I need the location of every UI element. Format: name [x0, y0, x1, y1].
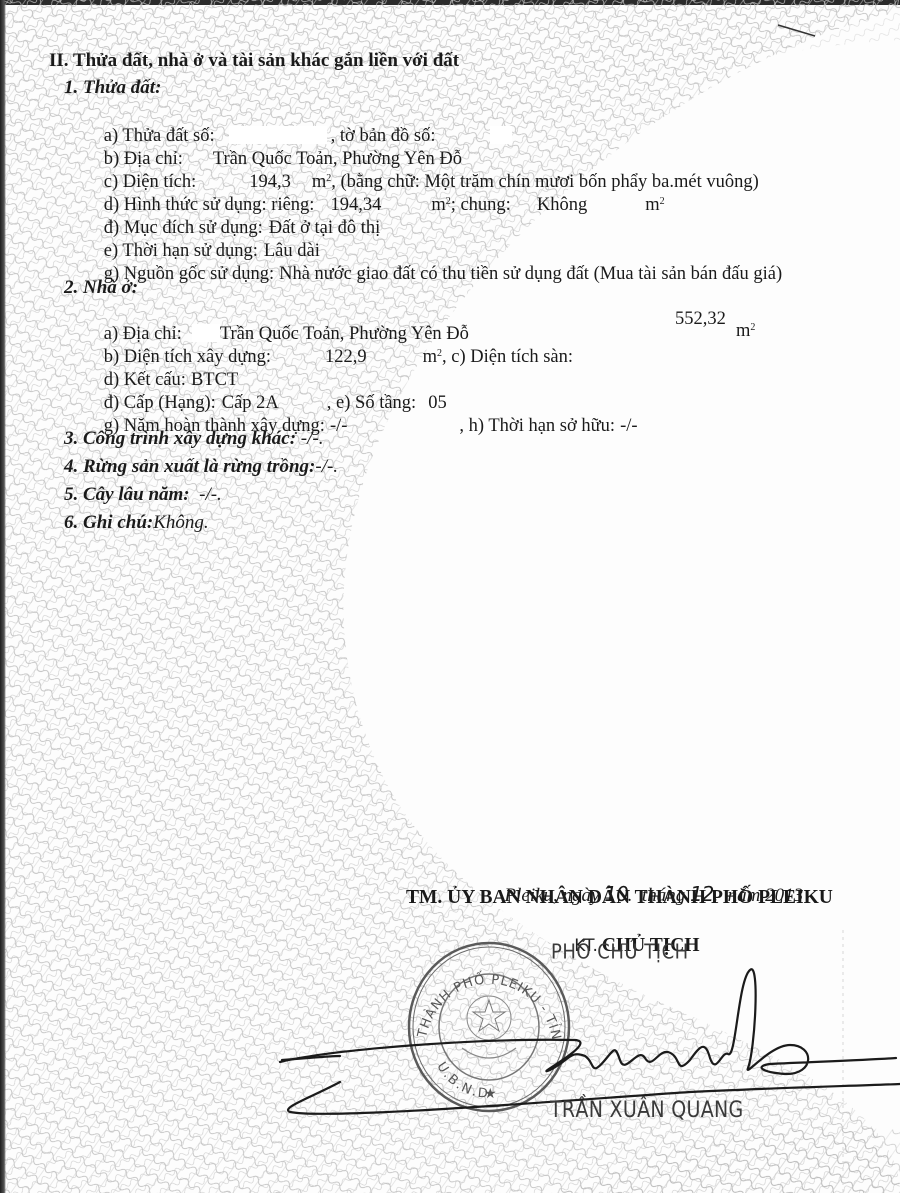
other-item-label: 4. Rừng sản xuất là rừng trồng:: [64, 456, 315, 477]
other-item-label: 6. Ghi chú:: [64, 512, 153, 533]
other-item-label: 5. Cây lâu năm:: [64, 484, 190, 505]
usage-shared-unit: m: [645, 195, 659, 215]
certificate-section-ii: II. Thửa đất, nhà ở và tài sản khác gắn …: [0, 0, 900, 1193]
ownership-term-value: -/-: [620, 416, 637, 436]
floor-area-unit: m2: [736, 320, 755, 342]
build-area-value: 122,9: [325, 347, 367, 367]
map-sheet-redacted: [490, 126, 512, 144]
ownership-term-label: , h) Thời hạn sở hữu:: [459, 416, 615, 436]
other-item-6: 6. Ghi chú:Không.: [64, 512, 209, 534]
floor-area-label: , c) Diện tích sàn:: [442, 347, 573, 367]
other-item-3: 3. Công trình xây dựng khác: -/-.: [64, 428, 323, 450]
land-origin-row: g) Nguồn gốc sử dụng:Nhà nước giao đất c…: [76, 241, 782, 307]
usage-shared-value: Không: [537, 195, 587, 215]
other-item-value: Không.: [153, 512, 208, 533]
other-item-value: -/-.: [315, 456, 338, 477]
build-area-unit: m: [423, 347, 437, 367]
section-title: II. Thửa đất, nhà ở và tài sản khác gắn …: [49, 50, 459, 72]
usage-private-unit: m: [431, 195, 445, 215]
other-item-value: -/-.: [190, 484, 222, 505]
other-item-value: -/-.: [296, 428, 323, 449]
issuing-organization: TM. ỦY BAN NHÂN DÂN THÀNH PHỐ PLEIKU: [406, 887, 833, 909]
other-item-label: 3. Công trình xây dựng khác:: [64, 428, 296, 449]
signer-name: TRẦN XUÂN QUANG: [550, 1097, 744, 1122]
other-item-4: 4. Rừng sản xuất là rừng trồng:-/-.: [64, 456, 338, 478]
land-heading: 1. Thửa đất:: [64, 77, 161, 99]
usage-shared-label: ; chung:: [451, 195, 511, 215]
document-page: II. Thửa đất, nhà ở và tài sản khác gắn …: [0, 0, 900, 1193]
completed-value: -/-: [330, 416, 347, 436]
floor-area-value: 552,32: [675, 308, 726, 330]
house-heading: 2. Nhà ở:: [64, 277, 138, 299]
origin-value: Nhà nước giao đất có thu tiền sử dụng đấ…: [279, 264, 782, 284]
other-item-5: 5. Cây lâu năm: -/-.: [64, 484, 222, 506]
